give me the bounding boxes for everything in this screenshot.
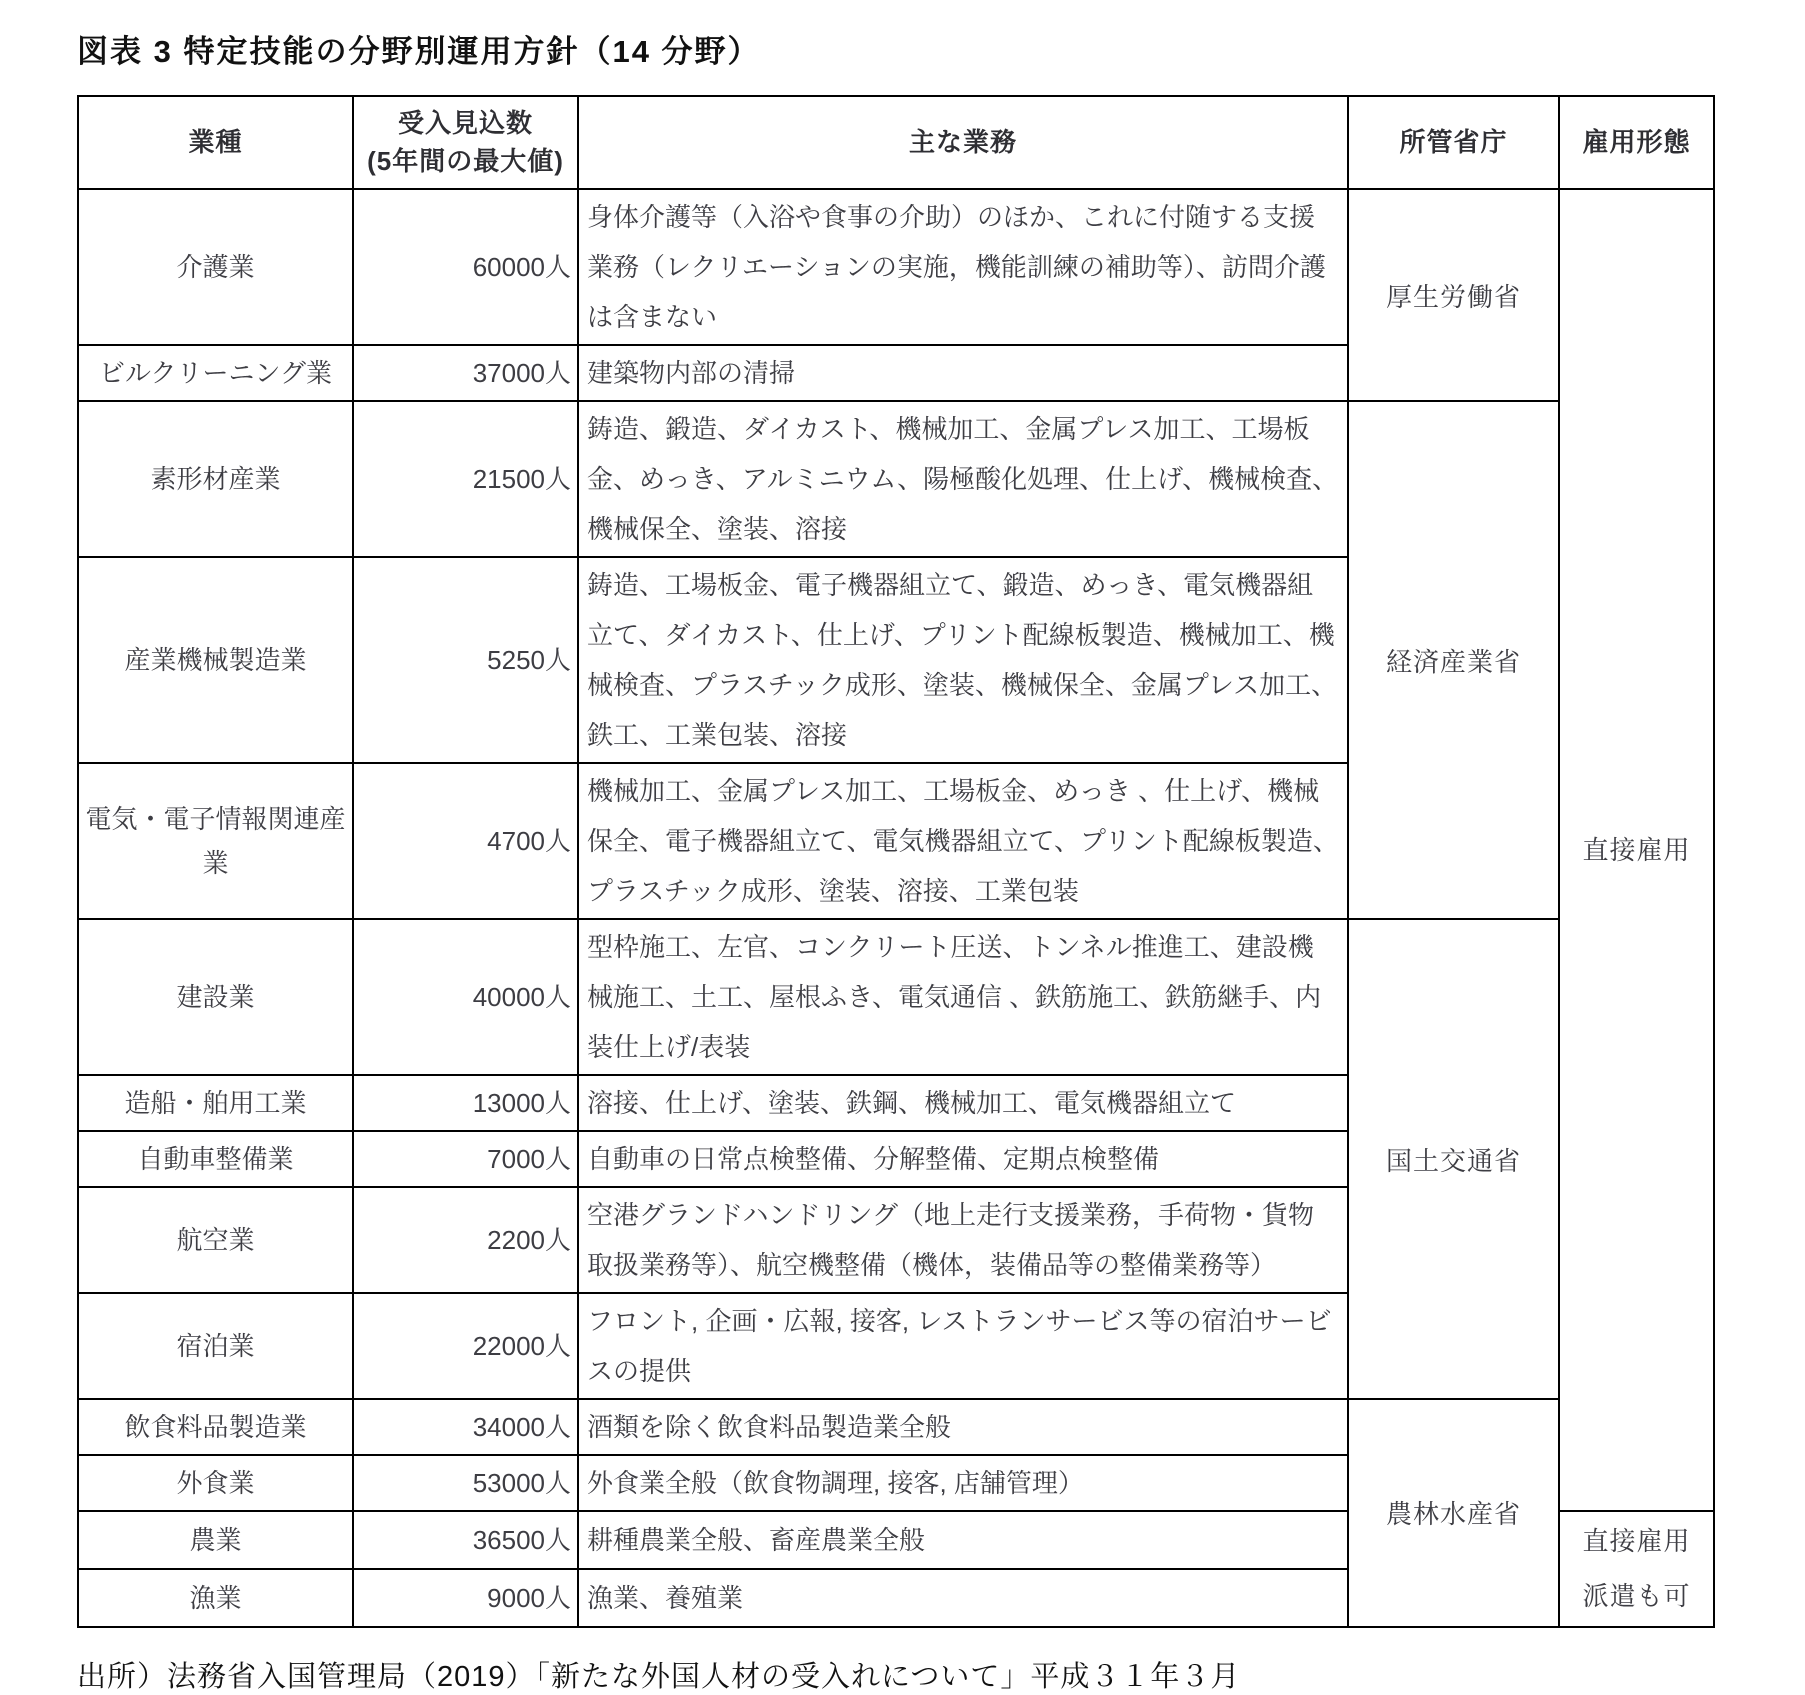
cell-main-tasks: 空港グランドハンドリング（地上走行支援業務，手荷物・貨物取扱業務等）、航空機整備… bbox=[578, 1187, 1348, 1293]
cell-industry: 産業機械製造業 bbox=[78, 557, 353, 763]
cell-expected-count: 4700人 bbox=[353, 763, 578, 919]
cell-industry: 飲食料品製造業 bbox=[78, 1399, 353, 1455]
col-header-expected-count: 受入見込数 (5年間の最大値) bbox=[353, 96, 578, 189]
table-row: 介護業 60000人 身体介護等（入浴や食事の介助）のほか、これに付随する支援業… bbox=[78, 189, 1714, 345]
cell-industry: 農業 bbox=[78, 1511, 353, 1569]
cell-main-tasks: 建築物内部の清掃 bbox=[578, 345, 1348, 401]
cell-industry: 造船・舶用工業 bbox=[78, 1075, 353, 1131]
cell-main-tasks: 鋳造、鍛造、ダイカスト、機械加工、金属プレス加工、工場板金、めっき、アルミニウム… bbox=[578, 401, 1348, 557]
cell-main-tasks: 型枠施工、左官、コンクリート圧送、トンネル推進工、建設機械施工、土工、屋根ふき、… bbox=[578, 919, 1348, 1075]
col-header-ministry: 所管省庁 bbox=[1348, 96, 1559, 189]
cell-ministry-mhlw: 厚生労働省 bbox=[1348, 189, 1559, 401]
cell-industry: ビルクリーニング業 bbox=[78, 345, 353, 401]
col-header-main-tasks: 主な業務 bbox=[578, 96, 1348, 189]
specified-skills-table: 業種 受入見込数 (5年間の最大値) 主な業務 所管省庁 雇用形態 介護業 60… bbox=[77, 95, 1715, 1628]
cell-main-tasks: 溶接、仕上げ、塗装、鉄鋼、機械加工、電気機器組立て bbox=[578, 1075, 1348, 1131]
cell-expected-count: 34000人 bbox=[353, 1399, 578, 1455]
cell-industry: 宿泊業 bbox=[78, 1293, 353, 1399]
cell-expected-count: 21500人 bbox=[353, 401, 578, 557]
cell-expected-count: 13000人 bbox=[353, 1075, 578, 1131]
cell-employment-direct: 直接雇用 bbox=[1559, 189, 1714, 1511]
table-row: 飲食料品製造業 34000人 酒類を除く飲食料品製造業全般 農林水産省 bbox=[78, 1399, 1714, 1455]
cell-industry: 漁業 bbox=[78, 1569, 353, 1627]
cell-ministry-mlit: 国土交通省 bbox=[1348, 919, 1559, 1399]
col-header-employment: 雇用形態 bbox=[1559, 96, 1714, 189]
figure-title: 図表 3 特定技能の分野別運用方針（14 分野） bbox=[77, 26, 1805, 71]
col-header-industry: 業種 bbox=[78, 96, 353, 189]
cell-main-tasks: 外食業全般（飲食物調理, 接客, 店舗管理） bbox=[578, 1455, 1348, 1511]
cell-industry: 電気・電子情報関連産業 bbox=[78, 763, 353, 919]
table-row: 素形材産業 21500人 鋳造、鍛造、ダイカスト、機械加工、金属プレス加工、工場… bbox=[78, 401, 1714, 557]
cell-expected-count: 60000人 bbox=[353, 189, 578, 345]
header-row: 業種 受入見込数 (5年間の最大値) 主な業務 所管省庁 雇用形態 bbox=[78, 96, 1714, 189]
cell-main-tasks: フロント, 企画・広報, 接客, レストランサービス等の宿泊サービスの提供 bbox=[578, 1293, 1348, 1399]
employment-line-direct: 直接雇用 bbox=[1564, 1514, 1709, 1569]
cell-expected-count: 53000人 bbox=[353, 1455, 578, 1511]
cell-main-tasks: 機械加工、金属プレス加工、工場板金、めっき 、仕上げ、機械保全、電子機器組立て、… bbox=[578, 763, 1348, 919]
cell-industry: 自動車整備業 bbox=[78, 1131, 353, 1187]
table-row: 建設業 40000人 型枠施工、左官、コンクリート圧送、トンネル推進工、建設機械… bbox=[78, 919, 1714, 1075]
cell-expected-count: 9000人 bbox=[353, 1569, 578, 1627]
cell-industry: 航空業 bbox=[78, 1187, 353, 1293]
cell-employment-direct-dispatch: 直接雇用 派遣も可 bbox=[1559, 1511, 1714, 1626]
cell-industry: 介護業 bbox=[78, 189, 353, 345]
cell-main-tasks: 鋳造、工場板金、電子機器組立て、鍛造、めっき、電気機器組立て、ダイカスト、仕上げ… bbox=[578, 557, 1348, 763]
cell-industry: 建設業 bbox=[78, 919, 353, 1075]
cell-expected-count: 37000人 bbox=[353, 345, 578, 401]
cell-main-tasks: 身体介護等（入浴や食事の介助）のほか、これに付随する支援業務（レクリエーションの… bbox=[578, 189, 1348, 345]
cell-main-tasks: 漁業、養殖業 bbox=[578, 1569, 1348, 1627]
cell-main-tasks: 自動車の日常点検整備、分解整備、定期点検整備 bbox=[578, 1131, 1348, 1187]
cell-main-tasks: 耕種農業全般、畜産農業全般 bbox=[578, 1511, 1348, 1569]
col-header-expected-line1: 受入見込数 bbox=[358, 105, 573, 143]
col-header-expected-line2: (5年間の最大値) bbox=[358, 143, 573, 181]
employment-line-dispatch: 派遣も可 bbox=[1564, 1569, 1709, 1624]
source-note: 出所）法務省入国管理局（2019）「新たな外国人材の受入れについて」平成３１年３… bbox=[77, 1654, 1805, 1695]
document-page: 図表 3 特定技能の分野別運用方針（14 分野） 業種 受入見込数 (5年間の最… bbox=[0, 0, 1805, 1695]
cell-expected-count: 36500人 bbox=[353, 1511, 578, 1569]
cell-ministry-meti: 経済産業省 bbox=[1348, 401, 1559, 919]
cell-expected-count: 2200人 bbox=[353, 1187, 578, 1293]
cell-main-tasks: 酒類を除く飲食料品製造業全般 bbox=[578, 1399, 1348, 1455]
cell-expected-count: 22000人 bbox=[353, 1293, 578, 1399]
cell-industry: 素形材産業 bbox=[78, 401, 353, 557]
cell-expected-count: 7000人 bbox=[353, 1131, 578, 1187]
cell-industry: 外食業 bbox=[78, 1455, 353, 1511]
cell-expected-count: 5250人 bbox=[353, 557, 578, 763]
cell-expected-count: 40000人 bbox=[353, 919, 578, 1075]
cell-ministry-maff: 農林水産省 bbox=[1348, 1399, 1559, 1626]
